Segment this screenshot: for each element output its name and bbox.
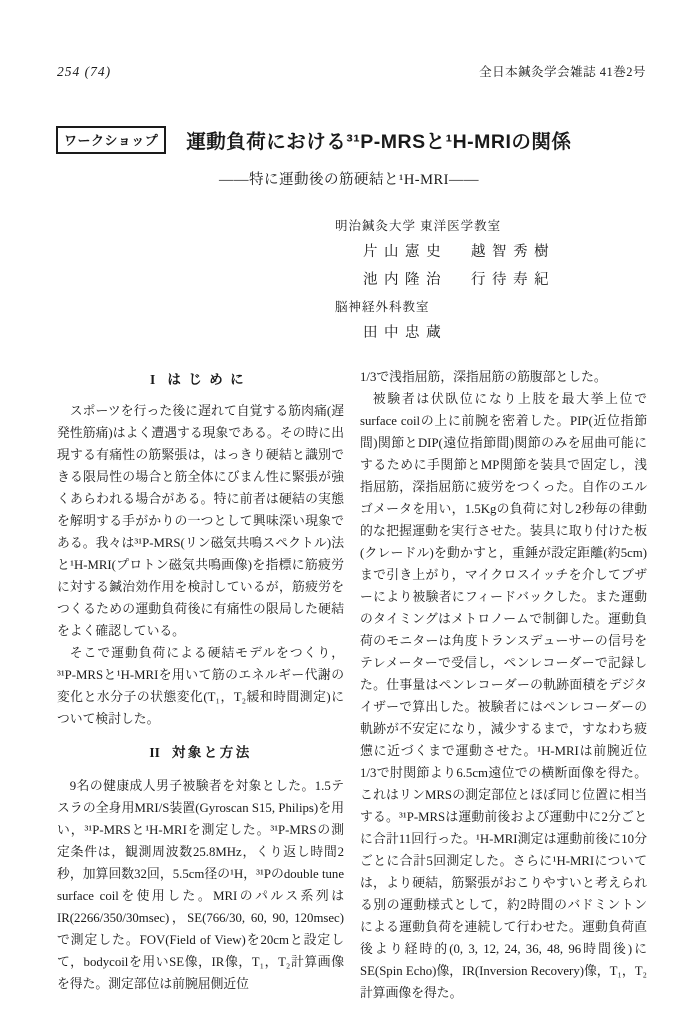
journal-page: 254 (74) 全日本鍼灸学会雑誌 41巻2号 ワークショップ 運動負荷におけ… (0, 0, 698, 1009)
author-name-row: 田中忠蔵 (363, 321, 555, 342)
section-number: I (150, 372, 155, 387)
journal-reference: 全日本鍼灸学会雑誌 41巻2号 (479, 62, 646, 80)
author-name-row: 池内隆治 行待寿紀 (363, 268, 555, 289)
paragraph-continuation: 1/3で浅指屈筋，深指屈筋の筋腹部とした。 (360, 366, 647, 388)
section-heading-1: Iはじめに (57, 369, 344, 391)
section-number: II (149, 745, 160, 760)
right-column: 1/3で浅指屈筋，深指屈筋の筋腹部とした。 被験者は伏臥位になり上肢を最大挙上位… (360, 366, 647, 1004)
author-name: 行待寿紀 (471, 268, 555, 289)
affiliation-2: 脳神経外科教室 (335, 297, 555, 315)
section-label: はじめに (167, 372, 251, 387)
article-body: Iはじめに スポーツを行った後に遅れて自覚する筋肉痛(遅発性筋痛)はよく遭遇する… (57, 366, 647, 1004)
section-label: 対象と方法 (172, 745, 252, 760)
paragraph: 被験者は伏臥位になり上肢を最大挙上位でsurface coilの上に前腕を密着し… (360, 388, 647, 1004)
section-heading-2: II対象と方法 (57, 742, 344, 764)
article-subtitle: ――特に運動後の筋硬結と¹H-MRI―― (0, 168, 698, 189)
paragraph: そこで運動負荷による硬結モデルをつくり，³¹P-MRSと¹H-MRIを用いて筋の… (57, 642, 344, 730)
title-row: ワークショップ 運動負荷における³¹P-MRSと¹H-MRIの関係 (56, 126, 658, 154)
author-name-row: 片山憲史 越智秀樹 (363, 240, 555, 261)
author-name: 越智秀樹 (471, 240, 555, 261)
left-column: Iはじめに スポーツを行った後に遅れて自覚する筋肉痛(遅発性筋痛)はよく遭遇する… (57, 366, 344, 1004)
author-block: 明治鍼灸大学 東洋医学教室 片山憲史 越智秀樹 池内隆治 行待寿紀 脳神経外科教… (335, 216, 555, 349)
author-name: 池内隆治 (363, 268, 447, 289)
workshop-badge: ワークショップ (56, 126, 166, 154)
paragraph: スポーツを行った後に遅れて自覚する筋肉痛(遅発性筋痛)はよく遭遇する現象である。… (57, 400, 344, 642)
affiliation-1: 明治鍼灸大学 東洋医学教室 (335, 216, 555, 234)
running-head: 254 (74) 全日本鍼灸学会雑誌 41巻2号 (57, 62, 646, 80)
page-number: 254 (74) (57, 64, 111, 80)
author-name: 田中忠蔵 (363, 321, 447, 342)
paragraph: 9名の健康成人男子被験者を対象とした。1.5テスラの全身用MRI/S装置(Gyr… (57, 775, 344, 995)
article-title: 運動負荷における³¹P-MRSと¹H-MRIの関係 (186, 126, 571, 154)
author-name: 片山憲史 (363, 240, 447, 261)
